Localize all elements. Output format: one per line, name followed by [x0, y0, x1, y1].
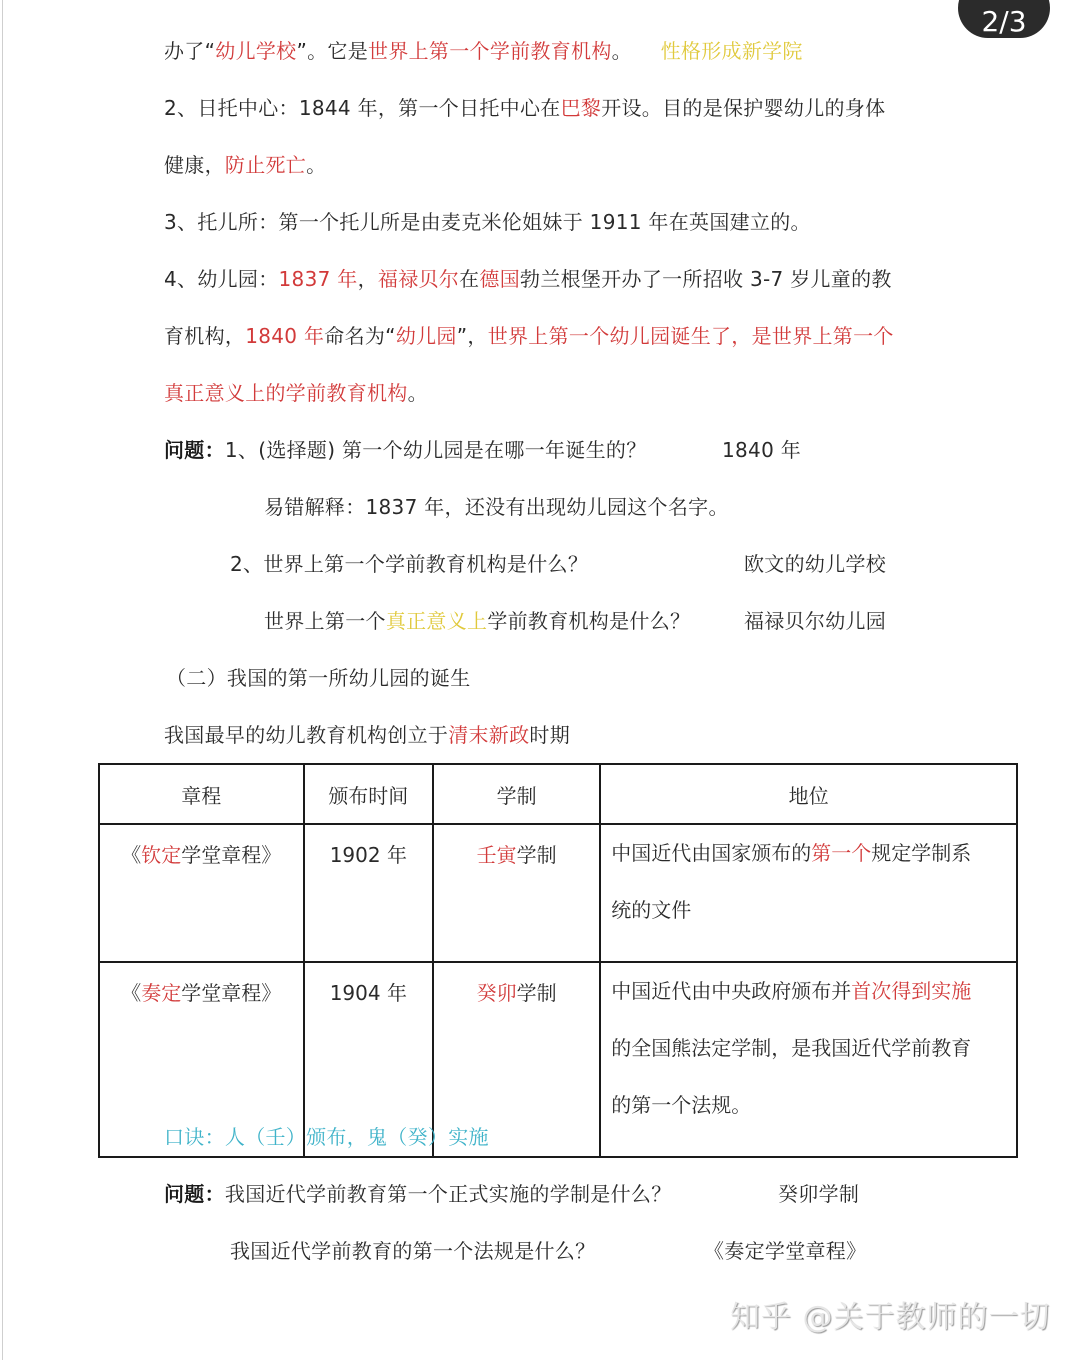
highlight-year: 1840 年	[245, 324, 324, 348]
table-row: 《钦定学堂章程》 1902 年 壬寅学制 中国近代由国家颁布的第一个规定学制系 …	[99, 824, 1017, 962]
header-system: 学制	[433, 764, 600, 824]
text: 在	[459, 267, 479, 291]
cell-status: 中国近代由国家颁布的第一个规定学制系 统的文件	[600, 824, 1017, 962]
highlight: 钦定	[141, 843, 181, 867]
text: 规定学制系	[871, 841, 971, 865]
text: 办了“	[164, 39, 215, 63]
highlight-true-sense: 真正意义上的学前教育机构	[164, 381, 408, 405]
highlight-person: 福禄贝尔	[378, 267, 459, 291]
yellow-note: 性格形成新学院	[661, 39, 803, 63]
status-line: 的全国熊法定学制，是我国近代学前教育	[611, 1034, 1008, 1091]
text: 中国近代由国家颁布的	[611, 841, 811, 865]
para-owen-school: 办了“幼儿学校”。它是世界上第一个学前教育机构。 性格形成新学院	[164, 37, 803, 65]
question2-text: 2、世界上第一个学前教育机构是什么？	[230, 550, 588, 578]
item4-line2: 育机构，1840 年命名为“幼儿园”，世界上第一个幼儿园诞生了，是世界上第一个	[164, 322, 894, 350]
section-heading: （二）我国的第一所幼儿园的诞生	[166, 664, 471, 692]
highlight: 癸卯	[477, 981, 517, 1005]
text: 《	[121, 843, 141, 867]
text: 开设。目的是保护婴幼儿的身体	[601, 96, 885, 120]
text: 2、日托中心：1844 年，第一个日托中心在	[164, 96, 561, 120]
highlight-school-name: 幼儿学校	[215, 39, 296, 63]
text: 学堂章程》	[181, 981, 281, 1005]
mnemonic: 口诀：人（壬）颁布，鬼（癸）实施	[164, 1123, 489, 1151]
question3-line: 世界上第一个真正意义上学前教育机构是什么？	[264, 607, 690, 635]
highlight-first-kindergarten: 世界上第一个幼儿园诞生了，是世界上第一个	[488, 324, 894, 348]
text: 学堂章程》	[181, 843, 281, 867]
answer2: 欧文的幼儿学校	[744, 550, 886, 578]
cell-charter: 《钦定学堂章程》	[99, 824, 304, 962]
section-intro: 我国最早的幼儿教育机构创立于清末新政时期	[164, 721, 570, 749]
question1-line: 问题：1、(选择题) 第一个幼儿园是在哪一年诞生的？	[164, 436, 647, 464]
text: 4、幼儿园：	[164, 267, 279, 291]
answer1: 1840 年	[722, 436, 801, 464]
text: 。	[306, 153, 326, 177]
question-text: 1、(选择题) 第一个幼儿园是在哪一年诞生的？	[225, 438, 647, 462]
header-year: 颁布时间	[304, 764, 433, 824]
item2-line1: 2、日托中心：1844 年，第一个日托中心在巴黎开设。目的是保护婴幼儿的身体	[164, 94, 885, 122]
text: 育机构，	[164, 324, 245, 348]
page-indicator-badge: 2/3	[958, 0, 1050, 38]
text: 。	[408, 381, 428, 405]
text: 。	[612, 39, 632, 63]
header-status: 地位	[600, 764, 1017, 824]
highlight: 壬寅	[477, 843, 517, 867]
highlight-city: 巴黎	[561, 96, 602, 120]
status-line: 中国近代由中央政府颁布并首次得到实施	[611, 977, 1008, 1034]
item3-nursery: 3、托儿所：第一个托儿所是由麦克米伦姐妹于 1911 年在英国建立的。	[164, 208, 811, 236]
question-label: 问题：	[164, 438, 225, 462]
status-line: 的第一个法规。	[611, 1091, 1008, 1148]
highlight-country: 德国	[479, 267, 520, 291]
cell-status: 中国近代由中央政府颁布并首次得到实施 的全国熊法定学制，是我国近代学前教育 的第…	[600, 962, 1017, 1157]
text: 学制	[517, 981, 557, 1005]
highlight: 第一个	[811, 841, 871, 865]
text: ，	[358, 267, 378, 291]
text: ”，	[457, 324, 488, 348]
text: 命名为“	[324, 324, 396, 348]
highlight: 首次得到实施	[851, 979, 971, 1003]
charters-table: 章程 颁布时间 学制 地位 《钦定学堂章程》 1902 年 壬寅学制 中国近代由…	[98, 763, 1018, 1158]
highlight-kindergarten: 幼儿园	[396, 324, 457, 348]
cell-system: 壬寅学制	[433, 824, 600, 962]
text: 世界上第一个	[264, 609, 386, 633]
question4-line: 问题：我国近代学前教育第一个正式实施的学制是什么？	[164, 1180, 672, 1208]
cell-year: 1902 年	[304, 824, 433, 962]
highlight-late-qing: 清末新政	[448, 723, 529, 747]
highlight-true-sense: 真正意义上	[386, 609, 488, 633]
question5-text: 我国近代学前教育的第一个法规是什么？	[230, 1237, 595, 1265]
text: 勃兰根堡开办了一所招收 3-7 岁儿童的教	[520, 267, 892, 291]
highlight-first-institution: 世界上第一个学前教育机构	[368, 39, 612, 63]
question-label: 问题：	[164, 1182, 225, 1206]
text: 学制	[517, 843, 557, 867]
text: 学前教育机构是什么？	[487, 609, 690, 633]
highlight-prevent-death: 防止死亡	[225, 153, 306, 177]
highlight-year: 1837 年	[279, 267, 358, 291]
header-charter: 章程	[99, 764, 304, 824]
text: 《	[121, 981, 141, 1005]
text: 中国近代由中央政府颁布并	[611, 979, 851, 1003]
answer3: 福禄贝尔幼儿园	[744, 607, 886, 635]
answer5: 《奏定学堂章程》	[704, 1237, 866, 1265]
highlight: 奏定	[141, 981, 181, 1005]
text: 健康，	[164, 153, 225, 177]
status-line: 中国近代由国家颁布的第一个规定学制系	[611, 839, 1008, 896]
question-text: 我国近代学前教育第一个正式实施的学制是什么？	[225, 1182, 672, 1206]
answer4: 癸卯学制	[778, 1180, 859, 1208]
page-indicator-text: 2/3	[981, 5, 1026, 38]
text: 时期	[529, 723, 570, 747]
text: 我国最早的幼儿教育机构创立于	[164, 723, 448, 747]
zhihu-watermark: 知乎 @关于教师的一切	[730, 1292, 1051, 1336]
item4-line1: 4、幼儿园：1837 年，福禄贝尔在德国勃兰根堡开办了一所招收 3-7 岁儿童的…	[164, 265, 892, 293]
status-line: 统的文件	[611, 896, 1008, 953]
item2-line2: 健康，防止死亡。	[164, 151, 326, 179]
text: ”。它是	[296, 39, 368, 63]
page-left-border	[2, 0, 3, 1360]
item4-line3: 真正意义上的学前教育机构。	[164, 379, 428, 407]
question1-note: 易错解释：1837 年，还没有出现幼儿园这个名字。	[264, 493, 729, 521]
table-header-row: 章程 颁布时间 学制 地位	[99, 764, 1017, 824]
